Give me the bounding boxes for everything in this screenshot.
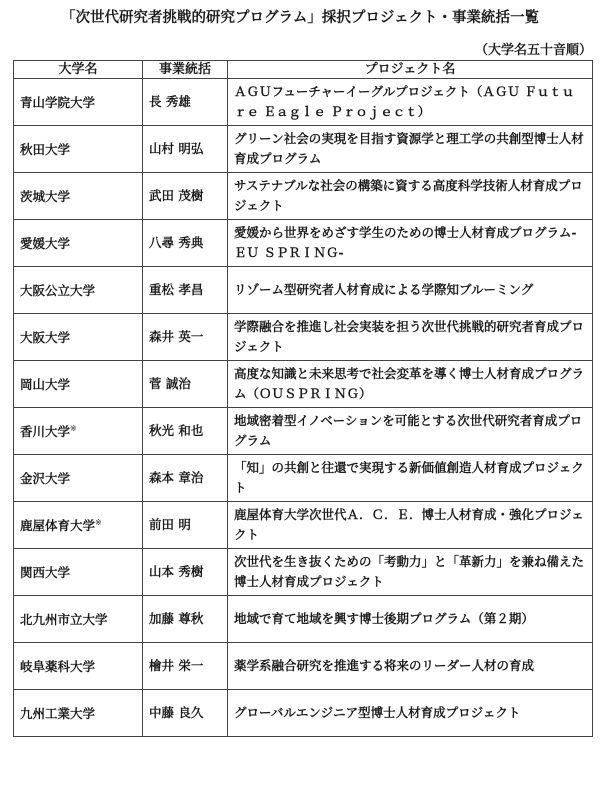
project-cell: 地域で育て地域を興す博士後期プログラム（第２期） xyxy=(228,596,593,643)
project-cell: 学際融合を推進し社会実装を担う次世代挑戦的研究者育成プロジェクト xyxy=(228,314,593,361)
university-name: 金沢大学 xyxy=(20,472,70,487)
supervisor-cell: 前田 明 xyxy=(143,502,228,549)
university-name: 愛媛大学 xyxy=(20,237,70,252)
table-row: 関西大学山本 秀樹次世代を生き抜くための「考動力」と「革新力」を兼ね備えた博士人… xyxy=(14,549,593,596)
projects-table: 大学名 事業統括 プロジェクト名 青山学院大学長 秀雄ＡＧＵフューチャーイーグル… xyxy=(13,60,593,737)
university-cell: 北九州市立大学 xyxy=(14,596,143,643)
project-cell: 鹿屋体育大学次世代Ａ．Ｃ．Ｅ．博士人材育成・強化プロジェクト xyxy=(228,502,593,549)
university-name: 岡山大学 xyxy=(20,378,70,393)
supervisor-cell: 加藤 尊秋 xyxy=(143,596,228,643)
supervisor-cell: 八尋 秀典 xyxy=(143,220,228,267)
table-row: 金沢大学森本 章治「知」の共創と往還で実現する新価値創造人材育成プロジェクト xyxy=(14,455,593,502)
project-cell: 地域密着型イノベーションを可能とする次世代研究者育成プログラム xyxy=(228,408,593,455)
project-cell: 愛媛から世界をめざす学生のための博士人材育成プログラム‐ＥＵ ＳＰＲＩＮＧ‐ xyxy=(228,220,593,267)
table-row: 大阪大学森井 英一学際融合を推進し社会実装を担う次世代挑戦的研究者育成プロジェク… xyxy=(14,314,593,361)
university-cell: 大阪大学 xyxy=(14,314,143,361)
university-name: 大阪公立大学 xyxy=(20,284,95,299)
university-cell: 九州工業大学 xyxy=(14,690,143,737)
university-name: 大阪大学 xyxy=(20,331,70,346)
supervisor-cell: 檜井 栄一 xyxy=(143,643,228,690)
footnote-mark: ※ xyxy=(70,424,77,433)
university-name: 青山学院大学 xyxy=(20,96,95,111)
university-cell: 金沢大学 xyxy=(14,455,143,502)
supervisor-cell: 武田 茂樹 xyxy=(143,173,228,220)
header-university: 大学名 xyxy=(14,61,143,79)
university-name: 鹿屋体育大学 xyxy=(20,519,95,534)
university-name: 九州工業大学 xyxy=(20,707,95,722)
supervisor-cell: 重松 孝昌 xyxy=(143,267,228,314)
supervisor-cell: 山本 秀樹 xyxy=(143,549,228,596)
table-row: 青山学院大学長 秀雄ＡＧＵフューチャーイーグルプロジェクト（ＡＧＵ Ｆｕｔｕｒｅ… xyxy=(14,79,593,126)
university-cell: 鹿屋体育大学※ xyxy=(14,502,143,549)
header-supervisor: 事業統括 xyxy=(143,61,228,79)
university-name: 香川大学 xyxy=(20,425,70,440)
university-name: 岐阜薬科大学 xyxy=(20,660,95,675)
table-row: 茨城大学武田 茂樹サステナブルな社会の構築に資する高度科学技術人材育成プロジェク… xyxy=(14,173,593,220)
university-cell: 青山学院大学 xyxy=(14,79,143,126)
university-cell: 茨城大学 xyxy=(14,173,143,220)
university-cell: 秋田大学 xyxy=(14,126,143,173)
university-cell: 岡山大学 xyxy=(14,361,143,408)
table-row: 岡山大学菅 誠治高度な知識と未来思考で社会変革を導く博士人材育成プログラム（ＯＵ… xyxy=(14,361,593,408)
supervisor-cell: 森井 英一 xyxy=(143,314,228,361)
university-cell: 関西大学 xyxy=(14,549,143,596)
table-row: 秋田大学山村 明弘グリーン社会の実現を目指す資源学と理工学の共創型博士人材育成プ… xyxy=(14,126,593,173)
document-title: 「次世代研究者挑戦的研究プログラム」採択プロジェクト・事業統括一覧 xyxy=(0,6,600,27)
supervisor-cell: 秋光 和也 xyxy=(143,408,228,455)
project-cell: サステナブルな社会の構築に資する高度科学技術人材育成プロジェクト xyxy=(228,173,593,220)
university-name: 茨城大学 xyxy=(20,190,70,205)
university-cell: 大阪公立大学 xyxy=(14,267,143,314)
supervisor-cell: 菅 誠治 xyxy=(143,361,228,408)
supervisor-cell: 山村 明弘 xyxy=(143,126,228,173)
table-row: 北九州市立大学加藤 尊秋地域で育て地域を興す博士後期プログラム（第２期） xyxy=(14,596,593,643)
project-cell: 次世代を生き抜くための「考動力」と「革新力」を兼ね備えた博士人材育成プロジェクト xyxy=(228,549,593,596)
table-header-row: 大学名 事業統括 プロジェクト名 xyxy=(14,61,593,79)
project-cell: 薬学系融合研究を推進する将来のリーダー人材の育成 xyxy=(228,643,593,690)
supervisor-cell: 森本 章治 xyxy=(143,455,228,502)
university-cell: 愛媛大学 xyxy=(14,220,143,267)
university-name: 北九州市立大学 xyxy=(20,613,108,628)
sort-order-note: （大学名五十音順） xyxy=(475,39,592,58)
table-row: 鹿屋体育大学※前田 明鹿屋体育大学次世代Ａ．Ｃ．Ｅ．博士人材育成・強化プロジェク… xyxy=(14,502,593,549)
table-row: 岐阜薬科大学檜井 栄一薬学系融合研究を推進する将来のリーダー人材の育成 xyxy=(14,643,593,690)
header-project: プロジェクト名 xyxy=(228,61,593,79)
supervisor-cell: 長 秀雄 xyxy=(143,79,228,126)
project-cell: 「知」の共創と往還で実現する新価値創造人材育成プロジェクト xyxy=(228,455,593,502)
footnote-mark: ※ xyxy=(95,518,102,527)
university-cell: 岐阜薬科大学 xyxy=(14,643,143,690)
university-cell: 香川大学※ xyxy=(14,408,143,455)
table-row: 九州工業大学中藤 良久グローバルエンジニア型博士人材育成プロジェクト xyxy=(14,690,593,737)
project-cell: グリーン社会の実現を目指す資源学と理工学の共創型博士人材育成プログラム xyxy=(228,126,593,173)
project-cell: グローバルエンジニア型博士人材育成プロジェクト xyxy=(228,690,593,737)
university-name: 秋田大学 xyxy=(20,143,70,158)
project-cell: ＡＧＵフューチャーイーグルプロジェクト（ＡＧＵ Ｆｕｔｕｒｅ Ｅａｇｌｅ Ｐｒｏ… xyxy=(228,79,593,126)
university-name: 関西大学 xyxy=(20,566,70,581)
project-cell: 高度な知識と未来思考で社会変革を導く博士人材育成プログラム（ＯＵＳＰＲＩＮＧ） xyxy=(228,361,593,408)
project-cell: リゾーム型研究者人材育成による学際知ブルーミング xyxy=(228,267,593,314)
table-row: 愛媛大学八尋 秀典愛媛から世界をめざす学生のための博士人材育成プログラム‐ＥＵ … xyxy=(14,220,593,267)
supervisor-cell: 中藤 良久 xyxy=(143,690,228,737)
table-row: 香川大学※秋光 和也地域密着型イノベーションを可能とする次世代研究者育成プログラ… xyxy=(14,408,593,455)
table-row: 大阪公立大学重松 孝昌リゾーム型研究者人材育成による学際知ブルーミング xyxy=(14,267,593,314)
